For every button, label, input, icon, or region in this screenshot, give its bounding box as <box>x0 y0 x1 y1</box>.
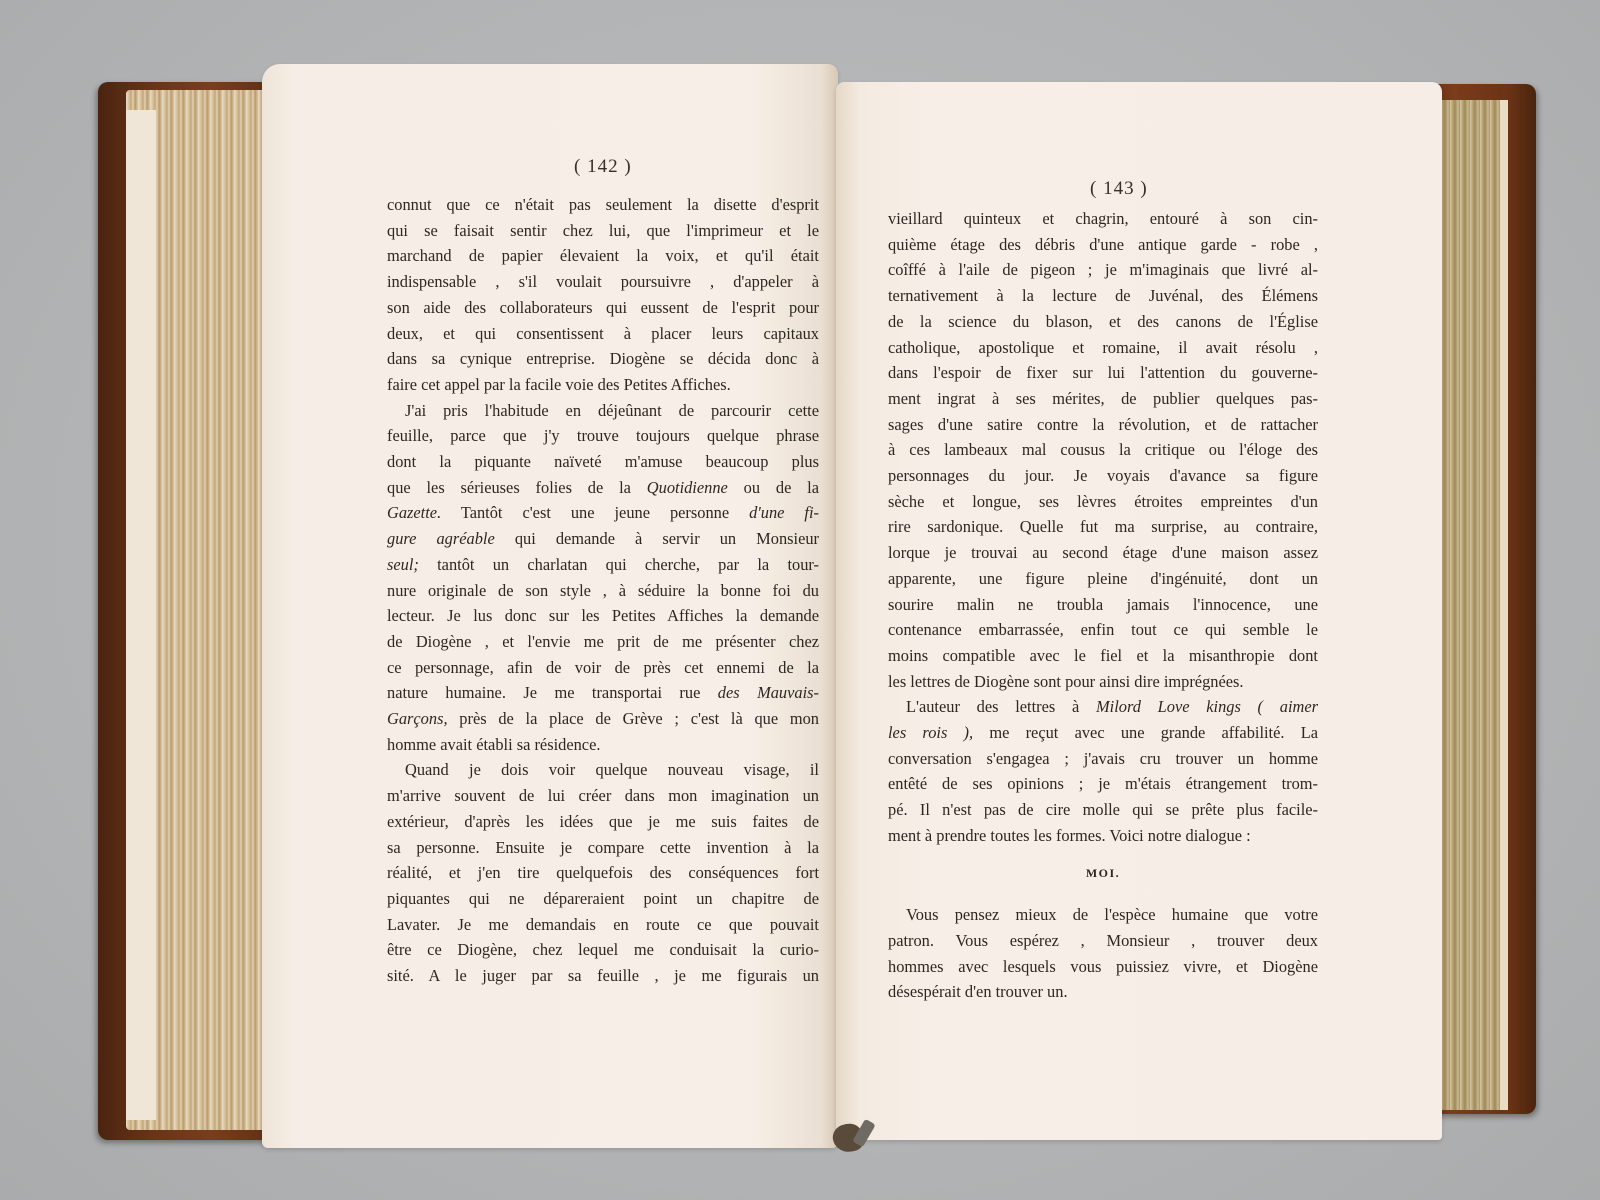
page-number: ( 142 ) <box>574 156 632 178</box>
italic-text: des Mauvais- <box>718 683 819 702</box>
text-line: personnages du jour. Je voyais d'avance … <box>888 463 1318 489</box>
endpaper-right <box>1500 100 1508 1110</box>
text-line: son aide des collaborateurs qui eussent … <box>387 295 819 321</box>
text-line: sèche et longue, ses lèvres étroites emp… <box>888 489 1318 515</box>
text-line: rire sardonique. Quelle fut ma surprise,… <box>888 514 1318 540</box>
page-number: ( 143 ) <box>1090 178 1148 200</box>
text-line: ternativement à la lecture de Juvénal, d… <box>888 283 1318 309</box>
roman-text: qui demande à servir un Monsieur <box>495 529 819 548</box>
roman-text: près de la place de Grève ; c'est là que… <box>448 709 819 728</box>
text-line: faire cet appel par la facile voie des P… <box>387 372 819 398</box>
text-line: dont la piquante naïveté m'amuse beaucou… <box>387 449 819 475</box>
page-143: ( 143 ) vieillard quinteux et chagrin, e… <box>836 82 1442 1140</box>
text-line: connut que ce n'était pas seulement la d… <box>387 192 819 218</box>
text-line: entêté de ses opinions ; je m'étais étra… <box>888 771 1318 797</box>
text-line: gure agréable qui demande à servir un Mo… <box>387 526 819 552</box>
text-line: lecteur. Je lus donc sur les Petites Aff… <box>387 603 819 629</box>
text-line: sa personne. Ensuite je compare cette in… <box>387 835 819 861</box>
page-text: connut que ce n'était pas seulement la d… <box>387 192 819 989</box>
roman-text: tantôt un charlatan qui cherche, par la … <box>419 555 819 574</box>
text-line: contenance embarrassée, enfin tout ce qu… <box>888 617 1318 643</box>
text-line: les lettres de Diogène sont pour ainsi d… <box>888 669 1318 695</box>
text-line: ment à prendre toutes les formes. Voici … <box>888 823 1318 849</box>
text-line: patron. Vous espérez , Monsieur , trouve… <box>888 928 1318 954</box>
text-line: m'arrive souvent de lui créer dans mon i… <box>387 783 819 809</box>
roman-text: que les sérieuses folies de la <box>387 478 647 497</box>
text-line: vieillard quinteux et chagrin, entouré à… <box>888 206 1318 232</box>
roman-text: ou de la <box>728 478 819 497</box>
text-line: seul; tantôt un charlatan qui cherche, p… <box>387 552 819 578</box>
roman-text: L'auteur des lettres à <box>906 697 1096 716</box>
text-line: Vous pensez mieux de l'espèce humaine qu… <box>888 902 1318 928</box>
text-line: nure originale de son style , à séduire … <box>387 578 819 604</box>
text-line: qui se faisait sentir chez lui, que l'im… <box>387 218 819 244</box>
text-line: désespérait d'en trouver un. <box>888 979 1318 1005</box>
italic-text: les rois ), <box>888 723 973 742</box>
text-line: ce personnage, afin de voir de près cet … <box>387 655 819 681</box>
page-text: vieillard quinteux et chagrin, entouré à… <box>888 206 1318 1005</box>
text-line: Quand je dois voir quelque nouveau visag… <box>387 757 819 783</box>
text-line: homme avait établi sa résidence. <box>387 732 819 758</box>
text-line: sages d'une satire contre la révolution,… <box>888 412 1318 438</box>
text-line: ment ingrat à ses mérites, de publier qu… <box>888 386 1318 412</box>
text-line: moins compatible avec le fiel et la misa… <box>888 643 1318 669</box>
italic-text: Garçons, <box>387 709 448 728</box>
text-line: pé. Il n'est pas de cire molle qui se pr… <box>888 797 1318 823</box>
text-line: coîffé à l'aile de pigeon ; je m'imagina… <box>888 257 1318 283</box>
italic-text: d'une fi- <box>749 503 819 522</box>
italic-text: Quotidienne <box>647 478 728 497</box>
roman-text: nature humaine. Je me transportai rue <box>387 683 718 702</box>
text-line: être ce Diogène, chez lequel me conduisa… <box>387 937 819 963</box>
roman-text: me reçut avec une grande affabilité. La <box>973 723 1318 742</box>
text-line: sourire malin ne troubla jamais l'innoce… <box>888 592 1318 618</box>
text-line: deux, et qui consentissent à placer leur… <box>387 321 819 347</box>
page-edges-left <box>126 90 276 1130</box>
text-line: L'auteur des lettres à Milord Love kings… <box>888 694 1318 720</box>
flyleaf-left <box>126 110 156 1120</box>
text-line: indispensable , s'il voulait poursuivre … <box>387 269 819 295</box>
text-line: de Diogène , et l'envie me prit de me pr… <box>387 629 819 655</box>
text-line: que les sérieuses folies de la Quotidien… <box>387 475 819 501</box>
text-line: quième étage des débris d'une antique ga… <box>888 232 1318 258</box>
text-line: marchand de papier élevaient la voix, et… <box>387 243 819 269</box>
italic-text: seul; <box>387 555 419 574</box>
text-line: réalité, et j'en tire quelquefois des co… <box>387 860 819 886</box>
roman-text: Tantôt c'est une jeune personne <box>441 503 749 522</box>
text-line: apparente, une figure pleine d'ingénuité… <box>888 566 1318 592</box>
text-line: hommes avec lesquels vous puissiez vivre… <box>888 954 1318 980</box>
page-142: ( 142 ) connut que ce n'était pas seulem… <box>262 64 838 1148</box>
text-line: à ces lambeaux mal cousus la critique ou… <box>888 437 1318 463</box>
text-line: sité. A le juger par sa feuille , je me … <box>387 963 819 989</box>
text-line: extérieur, d'après les idées que je me s… <box>387 809 819 835</box>
text-line: piquantes qui ne dépareraient point un c… <box>387 886 819 912</box>
text-line: dans l'espoir de fixer sur lui l'attenti… <box>888 360 1318 386</box>
text-line: les rois ), me reçut avec une grande aff… <box>888 720 1318 746</box>
text-line: nature humaine. Je me transportai rue de… <box>387 680 819 706</box>
italic-text: gure agréable <box>387 529 495 548</box>
text-line: feuille, parce que j'y trouve toujours q… <box>387 423 819 449</box>
text-line: J'ai pris l'habitude en déjeûnant de par… <box>387 398 819 424</box>
text-line: de la science du blason, et des canons d… <box>888 309 1318 335</box>
dialogue-heading: MOI. <box>888 861 1318 887</box>
text-line: conversation s'engagea ; j'avais cru tro… <box>888 746 1318 772</box>
text-line: Gazette. Tantôt c'est une jeune personne… <box>387 500 819 526</box>
italic-text: Milord Love kings ( aimer <box>1096 697 1318 716</box>
text-line: Garçons, près de la place de Grève ; c'e… <box>387 706 819 732</box>
italic-text: Gazette. <box>387 503 441 522</box>
text-line: catholique, apostolique et romaine, il a… <box>888 335 1318 361</box>
text-line: lorque je trouvai au second étage d'une … <box>888 540 1318 566</box>
text-line: dans sa cynique entreprise. Diogène se d… <box>387 346 819 372</box>
text-line: Lavater. Je me demandais en route ce que… <box>387 912 819 938</box>
page-edges-right <box>1440 100 1508 1110</box>
